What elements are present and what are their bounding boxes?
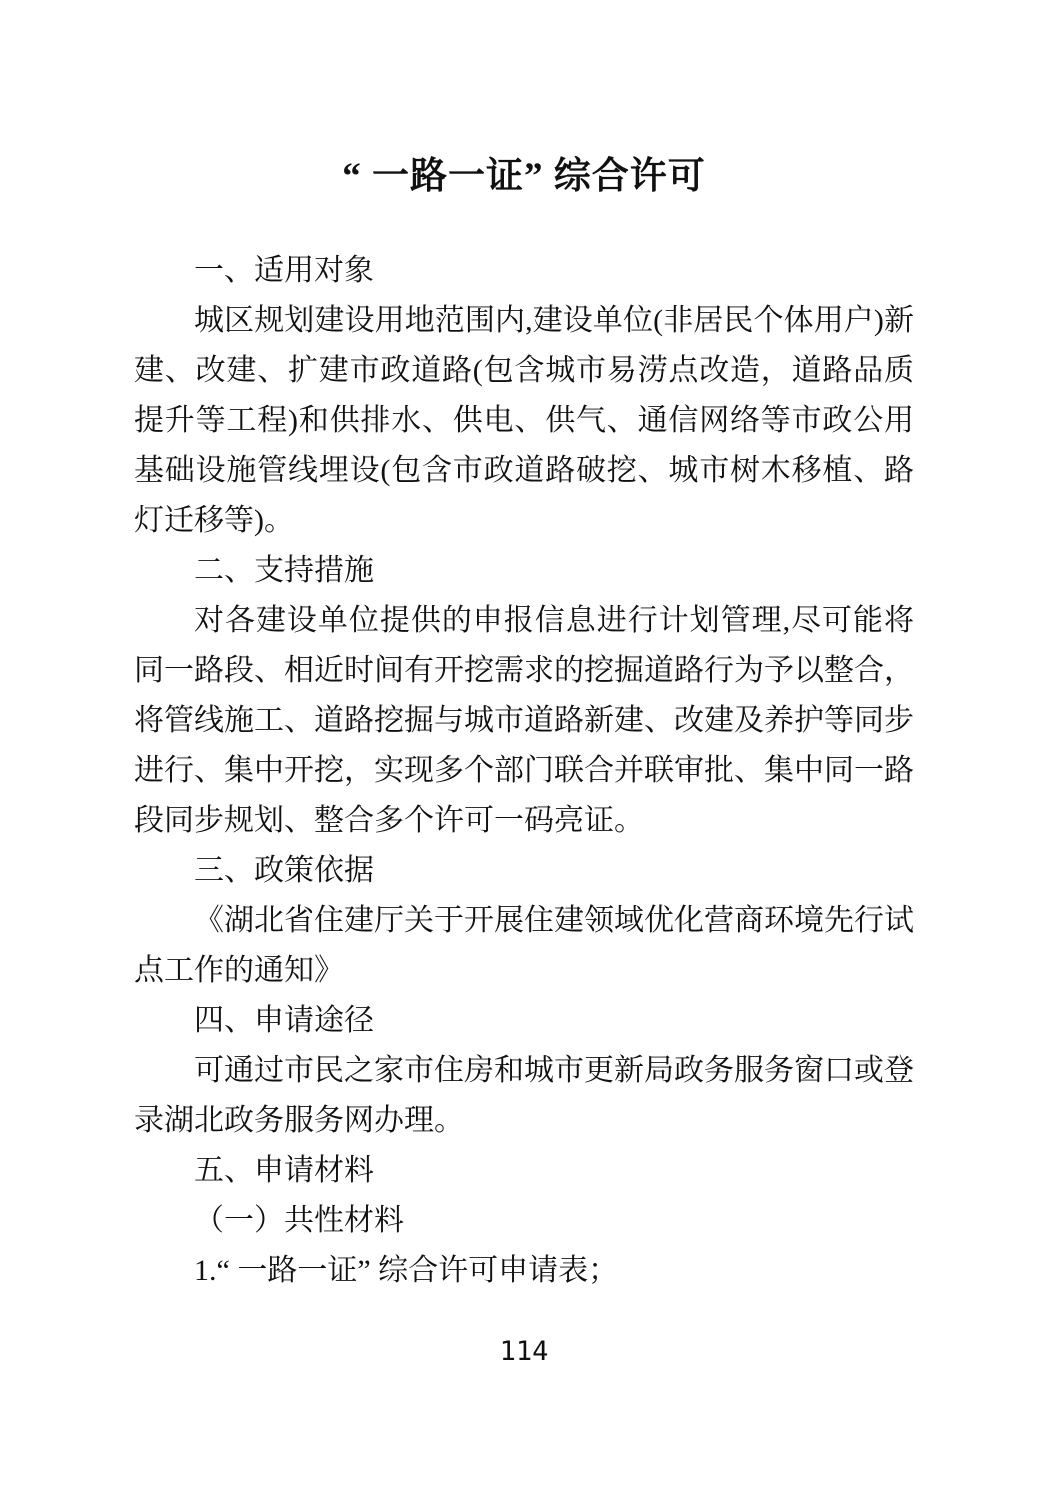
section-heading-support-measures: 二、支持措施 (134, 546, 914, 596)
section-heading-policy-basis: 三、政策依据 (134, 846, 914, 896)
subsection-heading-common-materials: （一）共性材料 (134, 1196, 914, 1246)
page-number: 114 (0, 1336, 1048, 1367)
paragraph-application-channel: 可通过市民之家市住房和城市更新局政务服务窗口或登录湖北政务服务网办理。 (134, 1046, 914, 1146)
paragraph-support-measures: 对各建设单位提供的申报信息进行计划管理,尽可能将同一路段、相近时间有开挖需求的挖… (134, 596, 914, 846)
document-page: “ 一路一证” 综合许可 一、适用对象 城区规划建设用地范围内,建设单位(非居民… (0, 0, 1048, 1488)
list-item-application-form: 1.“ 一路一证” 综合许可申请表； (134, 1246, 914, 1296)
page-title: “ 一路一证” 综合许可 (134, 148, 914, 206)
section-heading-application-materials: 五、申请材料 (134, 1146, 914, 1196)
paragraph-policy-basis: 《湖北省住建厅关于开展住建领域优化营商环境先行试点工作的通知》 (134, 896, 914, 996)
section-heading-applicable-objects: 一、适用对象 (134, 246, 914, 296)
document-body: “ 一路一证” 综合许可 一、适用对象 城区规划建设用地范围内,建设单位(非居民… (134, 148, 914, 1296)
paragraph-applicable-objects: 城区规划建设用地范围内,建设单位(非居民个体用户)新建、改建、扩建市政道路(包含… (134, 296, 914, 546)
section-heading-application-channel: 四、申请途径 (134, 996, 914, 1046)
